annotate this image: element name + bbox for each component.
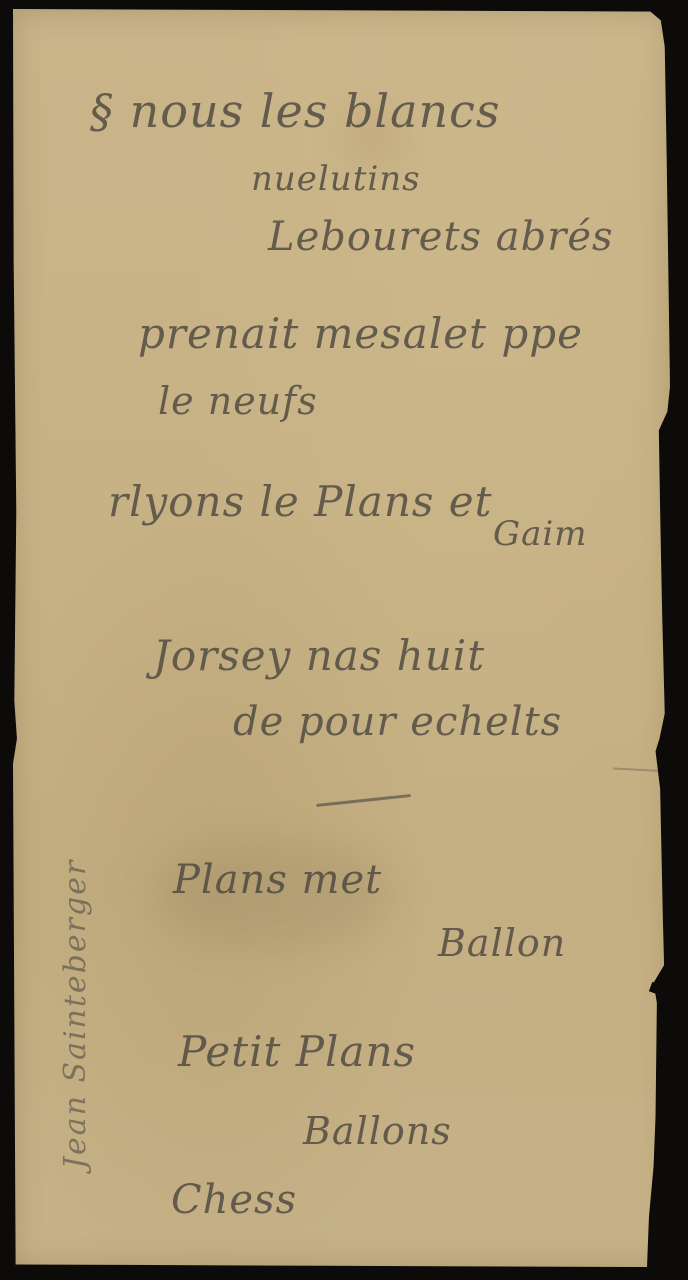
handwritten-line: nuelutins bbox=[251, 159, 421, 199]
handwritten-line: de pour echelts bbox=[233, 699, 562, 745]
margin-signature: Jean Sainteberger bbox=[58, 859, 93, 1169]
handwritten-line: Petit Plans bbox=[178, 1027, 416, 1076]
handwritten-line: Ballons bbox=[303, 1109, 452, 1153]
handwritten-line: prenait mesalet ppe bbox=[138, 309, 583, 358]
handwritten-line: rlyons le Plans et bbox=[108, 477, 493, 526]
handwritten-line: Chess bbox=[171, 1177, 297, 1223]
handwritten-line: Plans met bbox=[173, 857, 382, 903]
handwritten-line: Ballon bbox=[438, 921, 566, 965]
pencil-stroke bbox=[613, 767, 673, 772]
handwritten-line: Jorsey nas huit bbox=[153, 631, 485, 680]
scanned-document: § nous les blancs nuelutins Lebourets ab… bbox=[0, 0, 688, 1280]
handwritten-line: Gaim bbox=[493, 514, 588, 554]
pencil-dash bbox=[316, 794, 411, 807]
handwritten-line: Lebourets abrés bbox=[268, 214, 614, 260]
handwritten-line: § nous les blancs bbox=[90, 84, 501, 138]
paper-sheet: § nous les blancs nuelutins Lebourets ab… bbox=[13, 9, 670, 1267]
handwritten-line: le neufs bbox=[158, 379, 318, 423]
